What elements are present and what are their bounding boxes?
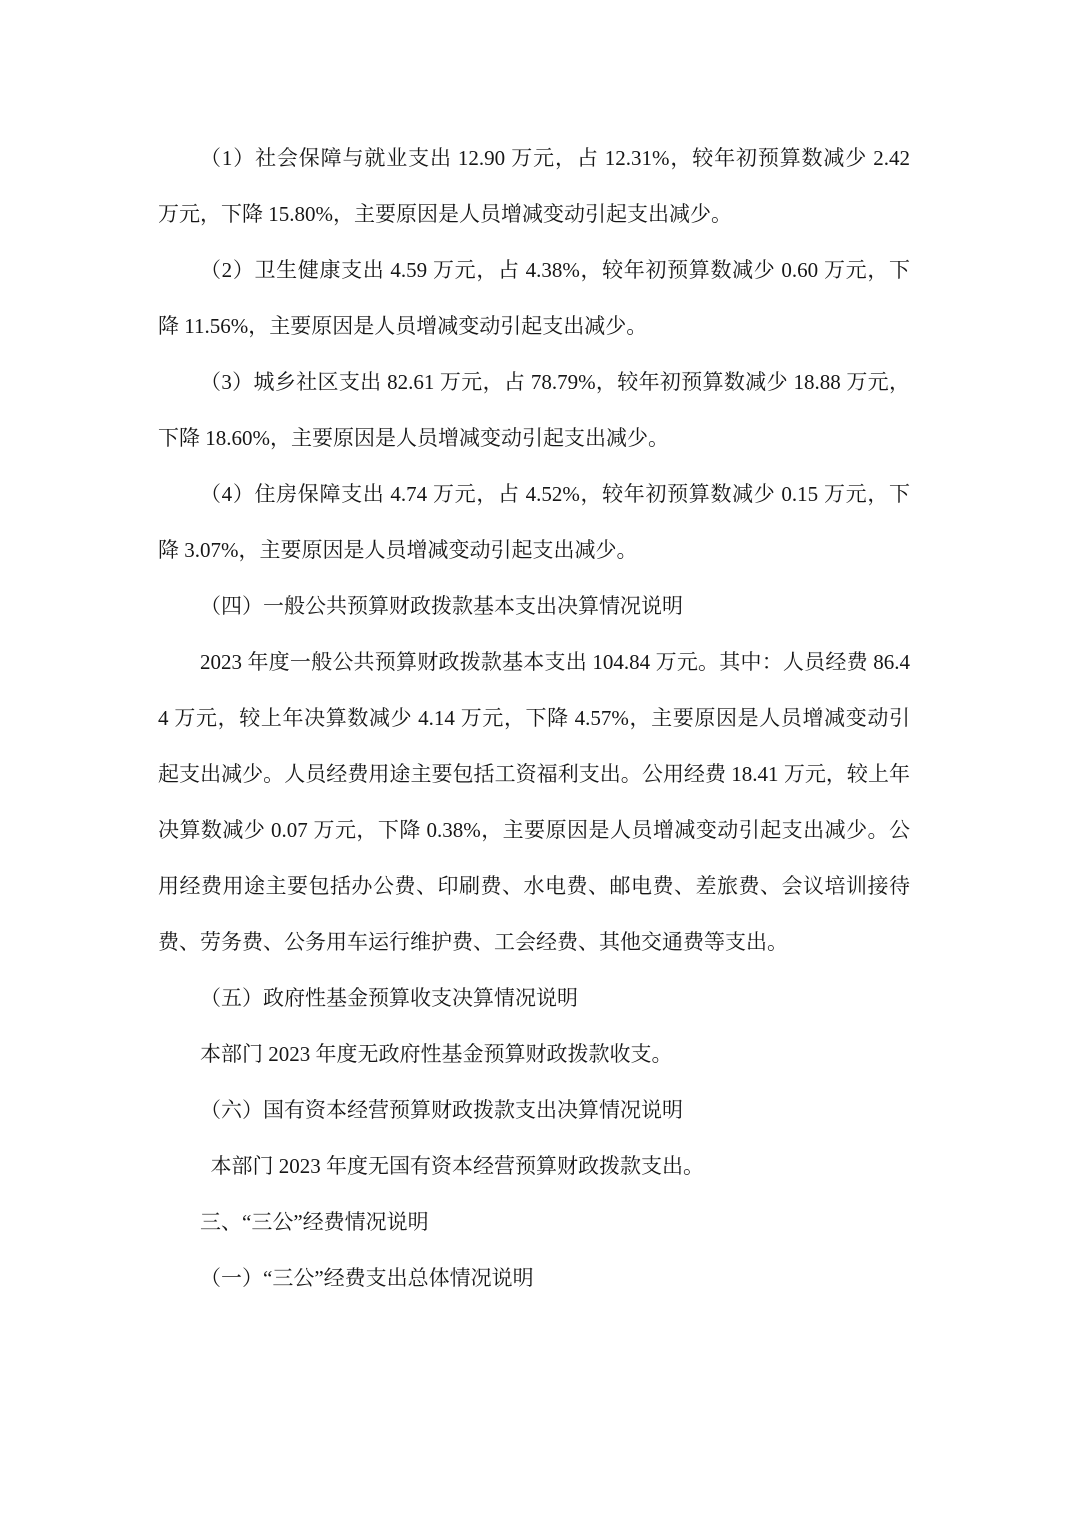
heading-chapter-3-three-public-funds: 三、“三公”经费情况说明 — [158, 1194, 910, 1250]
paragraph-subitem-3-urban-rural-community-expenditure: （3）城乡社区支出 82.61 万元，占 78.79%，较年初预算数减少 18.… — [158, 354, 910, 466]
heading-section-5-government-fund-budget: （五）政府性基金预算收支决算情况说明 — [158, 970, 910, 1026]
heading-section-4-basic-expenditure-explanation: （四）一般公共预算财政拨款基本支出决算情况说明 — [158, 578, 910, 634]
heading-section-6-state-capital-budget: （六）国有资本经营预算财政拨款支出决算情况说明 — [158, 1082, 910, 1138]
document-text-block: （1）社会保障与就业支出 12.90 万元，占 12.31%，较年初预算数减少 … — [158, 130, 910, 1306]
heading-section-1-three-public-funds-overall: （一）“三公”经费支出总体情况说明 — [158, 1250, 910, 1306]
paragraph-subitem-4-housing-security-expenditure: （4）住房保障支出 4.74 万元，占 4.52%，较年初预算数减少 0.15 … — [158, 466, 910, 578]
paragraph-subitem-1-social-security-expenditure: （1）社会保障与就业支出 12.90 万元，占 12.31%，较年初预算数减少 … — [158, 130, 910, 242]
document-page: （1）社会保障与就业支出 12.90 万元，占 12.31%，较年初预算数减少 … — [0, 0, 1074, 1520]
paragraph-no-state-capital-expenditure: 本部门 2023 年度无国有资本经营预算财政拨款支出。 — [158, 1138, 910, 1194]
paragraph-no-government-fund-budget: 本部门 2023 年度无政府性基金预算财政拨款收支。 — [158, 1026, 910, 1082]
paragraph-basic-expenditure-detail: 2023 年度一般公共预算财政拨款基本支出 104.84 万元。其中：人员经费 … — [158, 634, 910, 970]
paragraph-subitem-2-health-expenditure: （2）卫生健康支出 4.59 万元，占 4.38%，较年初预算数减少 0.60 … — [158, 242, 910, 354]
